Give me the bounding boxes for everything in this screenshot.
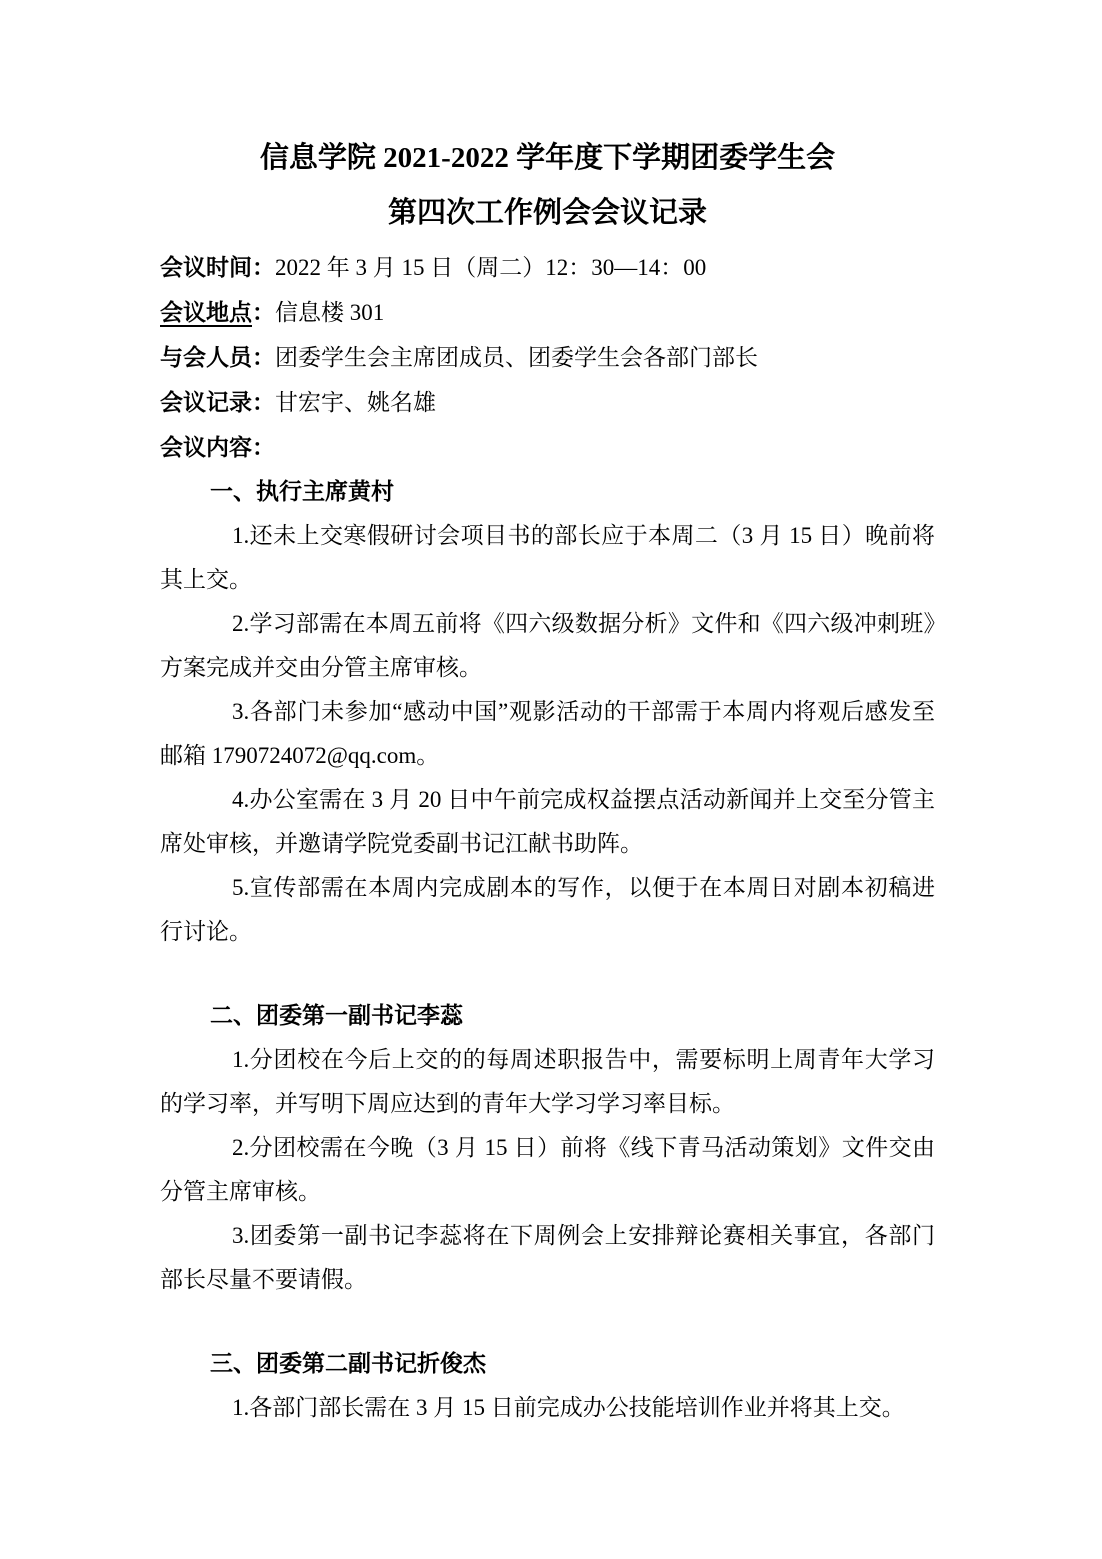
meeting-time-row: 会议时间：2022 年 3 月 15 日（周二）12：30—14：00 — [160, 245, 935, 290]
section-first-deputy-secretary: 二、团委第一副书记李蕊 1.分团校在今后上交的的每周述职报告中，需要标明上周青年… — [160, 994, 935, 1302]
section-item: 3.各部门未参加“感动中国”观影活动的干部需于本周内将观后感发至邮箱 17907… — [160, 690, 935, 778]
section-heading: 三、团委第二副书记折俊杰 — [160, 1342, 935, 1386]
meeting-attendees-value: 团委学生会主席团成员、团委学生会各部门部长 — [275, 345, 758, 370]
document-page: 信息学院 2021-2022 学年度下学期团委学生会 第四次工作例会会议记录 会… — [0, 0, 1102, 1559]
section-heading: 一、执行主席黄村 — [160, 470, 935, 514]
meeting-time-value: 2022 年 3 月 15 日（周二）12：30—14：00 — [275, 255, 706, 280]
meeting-content-label: 会议内容： — [160, 435, 275, 460]
label-colon: ： — [252, 390, 275, 415]
label-colon: ： — [252, 300, 275, 325]
meeting-recorder-value: 甘宏宇、姚名雄 — [275, 390, 436, 415]
meeting-recorder-row: 会议记录：甘宏宇、姚名雄 — [160, 380, 935, 425]
meeting-location-label: 会议地点： — [160, 300, 275, 325]
section-item: 4.办公室需在 3 月 20 日中午前完成权益摆点活动新闻并上交至分管主席处审核… — [160, 778, 935, 866]
document-title-line2: 第四次工作例会会议记录 — [160, 195, 935, 231]
section-heading: 二、团委第一副书记李蕊 — [160, 994, 935, 1038]
label-colon: ： — [252, 345, 275, 370]
section-item: 1.还未上交寒假研讨会项目书的部长应于本周二（3 月 15 日）晚前将其上交。 — [160, 514, 935, 602]
section-item: 3.团委第一副书记李蕊将在下周例会上安排辩论赛相关事宜，各部门部长尽量不要请假。 — [160, 1214, 935, 1302]
label-colon: ： — [252, 255, 275, 280]
section-item: 2.分团校需在今晚（3 月 15 日）前将《线下青马活动策划》文件交由分管主席审… — [160, 1126, 935, 1214]
meeting-attendees-row: 与会人员：团委学生会主席团成员、团委学生会各部门部长 — [160, 335, 935, 380]
section-item: 5.宣传部需在本周内完成剧本的写作，以便于在本周日对剧本初稿进行讨论。 — [160, 866, 935, 954]
meeting-location-row: 会议地点：信息楼 301 — [160, 290, 935, 335]
meeting-recorder-label: 会议记录： — [160, 390, 275, 415]
meeting-location-value: 信息楼 301 — [275, 300, 384, 325]
section-second-deputy-secretary: 三、团委第二副书记折俊杰 1.各部门部长需在 3 月 15 日前完成办公技能培训… — [160, 1342, 935, 1430]
document-title-line1: 信息学院 2021-2022 学年度下学期团委学生会 — [160, 140, 935, 176]
meta-block: 会议时间：2022 年 3 月 15 日（周二）12：30—14：00 会议地点… — [160, 245, 935, 470]
meeting-content-row: 会议内容： — [160, 425, 935, 470]
meeting-time-label: 会议时间： — [160, 255, 275, 280]
label-colon: ： — [252, 435, 275, 460]
meeting-attendees-label: 与会人员： — [160, 345, 275, 370]
section-executive-chair: 一、执行主席黄村 1.还未上交寒假研讨会项目书的部长应于本周二（3 月 15 日… — [160, 470, 935, 954]
section-item: 1.分团校在今后上交的的每周述职报告中，需要标明上周青年大学习的学习率，并写明下… — [160, 1038, 935, 1126]
section-item: 2.学习部需在本周五前将《四六级数据分析》文件和《四六级冲刺班》方案完成并交由分… — [160, 602, 935, 690]
section-item: 1.各部门部长需在 3 月 15 日前完成办公技能培训作业并将其上交。 — [160, 1386, 935, 1430]
